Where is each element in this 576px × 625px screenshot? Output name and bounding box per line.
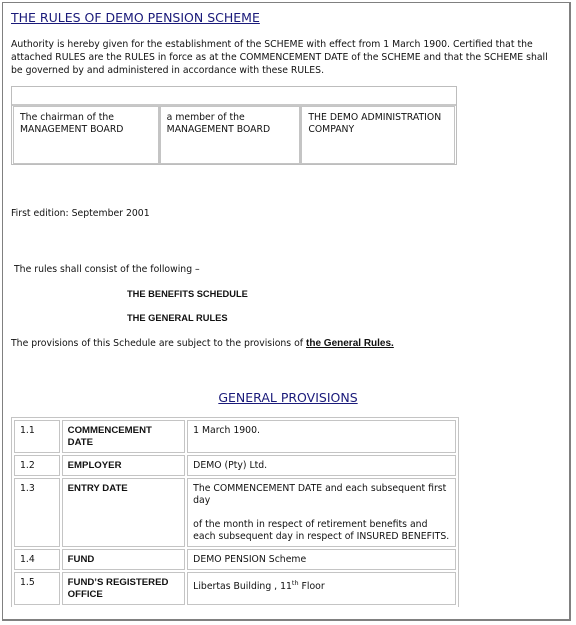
schedule-item-benefits: THE BENEFITS SCHEDULE bbox=[127, 289, 248, 299]
row-value: DEMO (Pty) Ltd. bbox=[187, 455, 456, 476]
general-provisions-table: 1.1COMMENCEMENT DATE1 March 1900.1.2EMPL… bbox=[11, 417, 459, 607]
row-value: DEMO PENSION Scheme bbox=[187, 549, 456, 570]
row-number: 1.1 bbox=[14, 420, 60, 453]
schedule-item-general-rules: THE GENERAL RULES bbox=[127, 313, 228, 323]
row-value: 1 March 1900. bbox=[187, 420, 456, 453]
table-row: 1.5FUND’S REGISTERED OFFICELibertas Buil… bbox=[14, 572, 456, 605]
signatory-chairman: The chairman of the MANAGEMENT BOARD bbox=[13, 106, 159, 164]
general-provisions-title: GENERAL PROVISIONS bbox=[0, 390, 576, 405]
row-number: 1.3 bbox=[14, 478, 60, 547]
table-row: 1.2EMPLOYERDEMO (Pty) Ltd. bbox=[14, 455, 456, 476]
row-number: 1.5 bbox=[14, 572, 60, 605]
row-number: 1.2 bbox=[14, 455, 60, 476]
signatory-administrator: THE DEMO ADMINISTRATION COMPANY bbox=[300, 106, 455, 164]
signatory-table: The chairman of the MANAGEMENT BOARD a m… bbox=[11, 86, 457, 165]
provisions-note: The provisions of this Schedule are subj… bbox=[11, 338, 394, 349]
row-value: Libertas Building , 11th Floor bbox=[187, 572, 456, 605]
row-label: EMPLOYER bbox=[62, 455, 186, 476]
intro-paragraph: Authority is hereby given for the establ… bbox=[11, 38, 561, 77]
table-row: 1.3ENTRY DATEThe COMMENCEMENT DATE and e… bbox=[14, 478, 456, 547]
edition-text: First edition: September 2001 bbox=[11, 208, 150, 219]
table-row: 1.4FUNDDEMO PENSION Scheme bbox=[14, 549, 456, 570]
consist-intro: The rules shall consist of the following… bbox=[14, 264, 200, 275]
row-label: ENTRY DATE bbox=[62, 478, 186, 547]
row-number: 1.4 bbox=[14, 549, 60, 570]
signatory-table-header bbox=[12, 87, 456, 106]
row-label: FUND bbox=[62, 549, 186, 570]
general-rules-link[interactable]: the General Rules. bbox=[306, 338, 394, 349]
provisions-note-text: The provisions of this Schedule are subj… bbox=[11, 338, 306, 349]
row-value: The COMMENCEMENT DATE and each subsequen… bbox=[187, 478, 456, 547]
signatory-member: a member of the MANAGEMENT BOARD bbox=[159, 106, 301, 164]
table-row: 1.1COMMENCEMENT DATE1 March 1900. bbox=[14, 420, 456, 453]
row-label: FUND’S REGISTERED OFFICE bbox=[62, 572, 186, 605]
row-label: COMMENCEMENT DATE bbox=[62, 420, 186, 453]
document-title: THE RULES OF DEMO PENSION SCHEME bbox=[11, 10, 260, 25]
